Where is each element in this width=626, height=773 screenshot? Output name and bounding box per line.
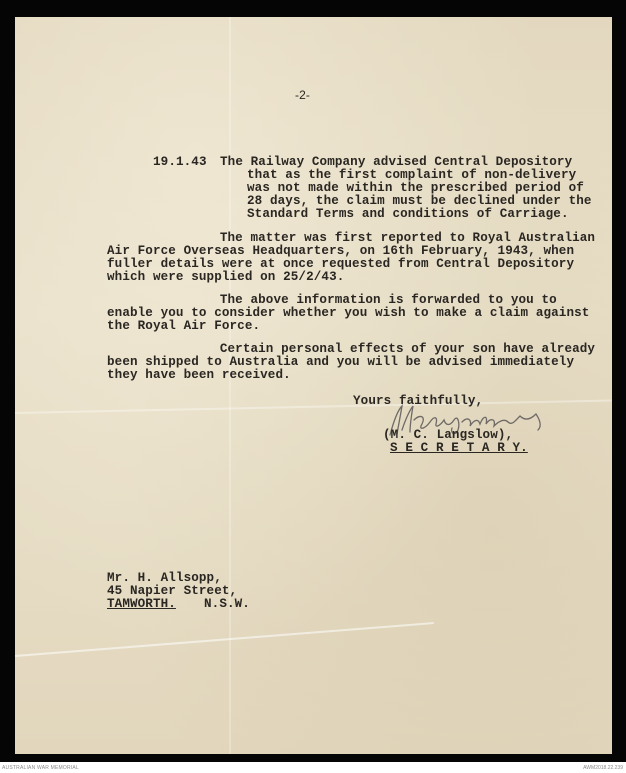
item-reference: AWM2018.22.239 [583, 765, 623, 771]
page-number: -2- [295, 89, 310, 102]
paper-fold [229, 17, 231, 754]
paper-crease [15, 622, 434, 657]
paragraph-line: the Royal Air Force. [107, 320, 260, 333]
recipient-town: TAMWORTH. [107, 598, 176, 611]
paragraph-line: which were supplied on 25/2/43. [107, 271, 344, 284]
archive-footer: AUSTRALIAN WAR MEMORIAL AWM2018.22.239 [0, 762, 626, 773]
signatory-title: S E C R E T A R Y. [390, 442, 528, 455]
institution-label: AUSTRALIAN WAR MEMORIAL [2, 765, 79, 771]
letter-page: -2- 19.1.43 The Railway Company advised … [15, 17, 612, 754]
recipient-state: N.S.W. [204, 598, 250, 611]
entry-date: 19.1.43 [153, 156, 207, 169]
entry-line: Standard Terms and conditions of Carriag… [247, 208, 569, 221]
paragraph-line: they have been received. [107, 369, 291, 382]
